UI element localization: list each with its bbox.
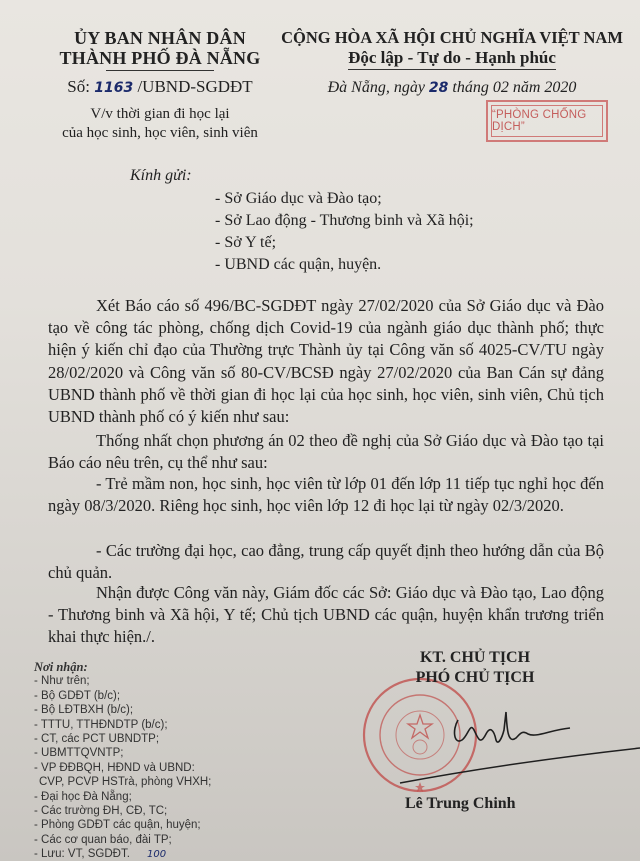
handwritten-signature-icon — [370, 690, 640, 800]
addressee-list: - Sở Giáo dục và Đào tạo; - Sở Lao động … — [215, 188, 474, 276]
addressee-item: - Sở Giáo dục và Đào tạo; — [215, 188, 474, 210]
distribution-item: - Các cơ quan báo, đài TP; — [34, 833, 211, 847]
distribution-item: - Lưu: VT, SGDĐT. — [34, 847, 211, 861]
distribution-item: - Các trường ĐH, CĐ, TC; — [34, 804, 211, 818]
addressee-item: - UBND các quận, huyện. — [215, 254, 474, 276]
national-motto: Độc lập - Tự do - Hạnh phúc — [348, 48, 556, 70]
document-number: Số: 1163 /UBND-SGDĐT — [40, 77, 280, 97]
signatory-title: KT. CHỦ TỊCH PHÓ CHỦ TỊCH — [400, 648, 550, 688]
distribution-item: - Bộ LĐTBXH (b/c); — [34, 703, 211, 717]
national-header: CỘNG HÒA XÃ HỘI CHỦ NGHĨA VIỆT NAM Độc l… — [272, 28, 632, 97]
issuer-header: ỦY BAN NHÂN DÂN THÀNH PHỐ ĐÀ NẴNG Số: 11… — [40, 28, 280, 143]
body-paragraph-3: - Trẻ mầm non, học sinh, học viên từ lớp… — [48, 473, 604, 517]
distribution-item: - UBMTTQVNTP; — [34, 746, 211, 760]
body-paragraph-1: Xét Báo cáo số 496/BC-SGDĐT ngày 27/02/2… — [48, 295, 604, 428]
distribution-list: Nơi nhận: - Như trên; - Bộ GDĐT (b/c); -… — [34, 660, 211, 861]
distribution-item: - TTTU, TTHĐNDTP (b/c); — [34, 718, 211, 732]
distribution-item: - Đại học Đà Nẵng; — [34, 790, 211, 804]
document-subject: V/v thời gian đi học lại của học sinh, h… — [40, 105, 280, 143]
handwritten-count: 100 — [147, 849, 166, 860]
issuer-name-line2: THÀNH PHỐ ĐÀ NẴNG — [40, 48, 280, 68]
header-divider — [106, 70, 214, 71]
body-paragraph-2: Thống nhất chọn phương án 02 theo đề ngh… — [48, 430, 604, 474]
document-date: Đà Nẵng, ngày 28 tháng 02 năm 2020 — [272, 79, 632, 97]
handwritten-number: 1163 — [94, 80, 133, 96]
distribution-title: Nơi nhận: — [34, 660, 211, 674]
issuer-name-line1: ỦY BAN NHÂN DÂN — [40, 28, 280, 48]
body-paragraph-4: - Các trường đại học, cao đẳng, trung cấ… — [48, 540, 604, 584]
distribution-item: - Bộ GDĐT (b/c); — [34, 689, 211, 703]
body-paragraph-5: Nhận được Công văn này, Giám đốc các Sở:… — [48, 582, 604, 649]
addressee-item: - Sở Lao động - Thương binh và Xã hội; — [215, 210, 474, 232]
distribution-item: - Như trên; — [34, 674, 211, 688]
addressee-item: - Sở Y tế; — [215, 232, 474, 254]
epidemic-prevention-stamp: “PHÒNG CHỐNG DỊCH” — [486, 100, 608, 142]
distribution-item: - Phòng GDĐT các quận, huyện; — [34, 818, 211, 832]
distribution-item: - VP ĐĐBQH, HĐND và UBND: — [34, 761, 211, 775]
signatory-name: Lê Trung Chinh — [405, 795, 516, 813]
addressee-label: Kính gửi: — [130, 167, 192, 185]
nation-title: CỘNG HÒA XÃ HỘI CHỦ NGHĨA VIỆT NAM — [272, 28, 632, 48]
handwritten-day: 28 — [429, 80, 448, 96]
distribution-item: - CT, các PCT UBNDTP; — [34, 732, 211, 746]
distribution-item: CVP, PCVP HSTrà, phòng VHXH; — [34, 775, 211, 789]
